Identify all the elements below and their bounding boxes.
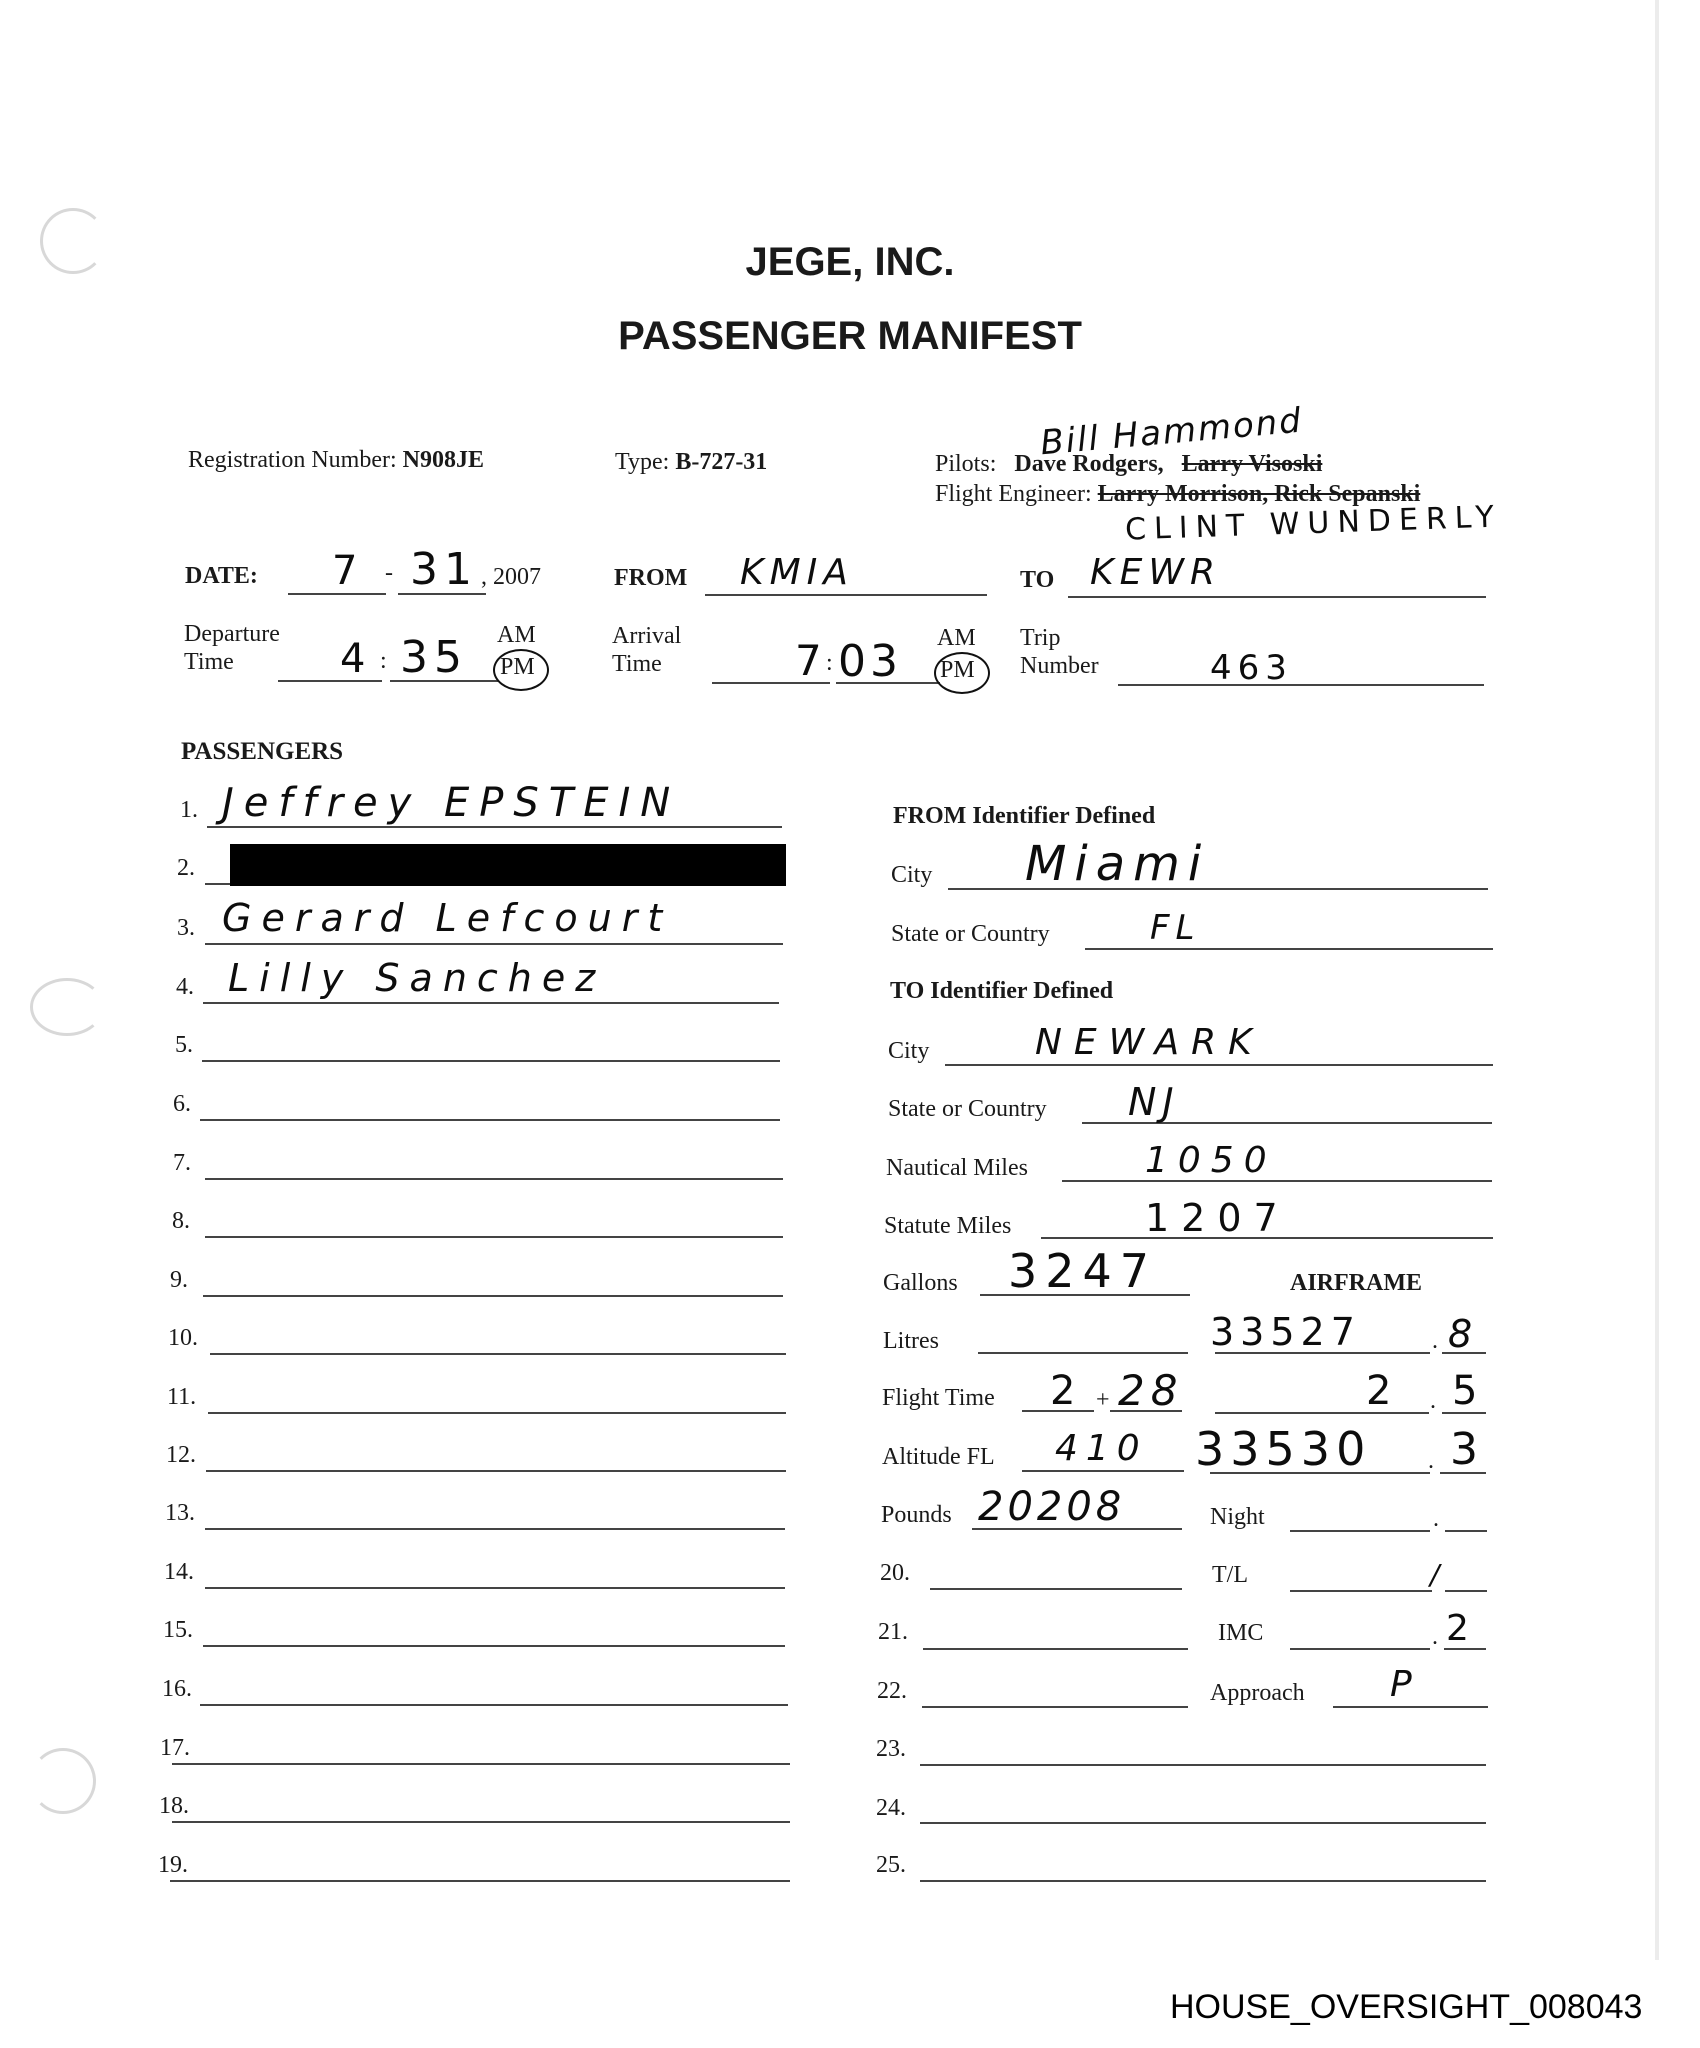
passenger-line: [207, 826, 782, 828]
passenger-line[interactable]: [920, 1764, 1486, 1766]
passenger-number: 14.: [164, 1559, 194, 1586]
decimal-point: .: [1430, 1388, 1436, 1415]
night-decimal-line[interactable]: [1445, 1530, 1487, 1532]
punch-hole-middle: [30, 978, 104, 1036]
airframe-heading: AIRFRAME: [1290, 1270, 1422, 1297]
passenger-number: 7.: [173, 1150, 191, 1177]
from-state-value[interactable]: FL: [1150, 908, 1201, 948]
passenger-number: 6.: [173, 1091, 191, 1118]
from-line: [705, 594, 987, 596]
nautical-miles-line: [1062, 1180, 1492, 1182]
litres-label: Litres: [883, 1328, 939, 1355]
to-city-label: City: [888, 1038, 929, 1065]
date-month[interactable]: 7: [332, 548, 363, 594]
approach-line: [1333, 1706, 1488, 1708]
departure-am-option[interactable]: AM: [497, 622, 536, 649]
passenger-number: 5.: [175, 1032, 193, 1059]
departure-colon: :: [380, 648, 387, 675]
passenger-line[interactable]: [208, 1412, 786, 1414]
imc-decimal[interactable]: 2: [1446, 1608, 1475, 1649]
imc-whole-line[interactable]: [1290, 1648, 1430, 1650]
passenger-number: 15.: [163, 1617, 193, 1644]
pilots-struck: Larry Visoski: [1182, 451, 1323, 477]
arrival-time-label: ArrivalTime: [612, 622, 681, 678]
litres-line[interactable]: [978, 1352, 1188, 1354]
passenger-number: 2.: [177, 855, 195, 882]
redaction-block: [230, 844, 786, 886]
pounds-label: Pounds: [881, 1502, 952, 1529]
to-line: [1068, 596, 1486, 598]
passenger-line[interactable]: [172, 1821, 790, 1823]
tl-value[interactable]: /: [1430, 1558, 1445, 1591]
imc-label: IMC: [1218, 1620, 1263, 1647]
altitude-line: [1022, 1470, 1184, 1472]
passenger-line[interactable]: [930, 1588, 1182, 1590]
passenger-line[interactable]: [202, 1060, 780, 1062]
passenger-number: 23.: [876, 1736, 906, 1763]
date-label: DATE:: [185, 563, 258, 590]
nautical-miles-value[interactable]: 1050: [1145, 1140, 1277, 1181]
type-label: Type: B-727-31: [615, 449, 767, 476]
passenger-number: 11.: [167, 1384, 196, 1411]
pilots-label: Pilots: Dave Rodgers, Larry Visoski: [935, 451, 1322, 478]
decimal-point: .: [1433, 1506, 1439, 1533]
arrival-am-option[interactable]: AM: [937, 625, 976, 652]
nautical-miles-label: Nautical Miles: [886, 1155, 1028, 1182]
passenger-line[interactable]: [206, 1470, 786, 1472]
arrival-minute[interactable]: 03: [838, 636, 902, 687]
passenger-line[interactable]: [922, 1706, 1188, 1708]
passenger-number: 4.: [176, 974, 194, 1001]
tl-line: [1290, 1590, 1432, 1592]
passenger-line[interactable]: [205, 1178, 783, 1180]
tl-label: T/L: [1212, 1562, 1248, 1589]
to-label: TO: [1020, 567, 1054, 594]
pilots-printed: Dave Rodgers,: [1014, 451, 1163, 477]
altitude-value[interactable]: 410: [1055, 1428, 1148, 1469]
from-city-value[interactable]: Miami: [1025, 836, 1209, 892]
registration-value: N908JE: [403, 447, 484, 473]
from-identifier-heading: FROM Identifier Defined: [893, 803, 1155, 830]
passenger-number: 25.: [876, 1852, 906, 1879]
approach-value[interactable]: P: [1390, 1664, 1418, 1705]
flight-time-label: Flight Time: [882, 1385, 995, 1412]
from-state-line: [1085, 948, 1493, 950]
departure-time-label: DepartureTime: [184, 620, 280, 676]
passenger-name[interactable]: Jeffrey EPSTEIN: [222, 780, 680, 826]
passenger-line[interactable]: [205, 1528, 785, 1530]
company-name: JEGE, INC.: [0, 240, 1700, 285]
passenger-line[interactable]: [203, 1295, 783, 1297]
night-label: Night: [1210, 1504, 1265, 1531]
altitude-label: Altitude FL: [882, 1444, 995, 1471]
to-value[interactable]: KEWR: [1090, 552, 1221, 593]
passenger-number: 9.: [170, 1267, 188, 1294]
passenger-number: 18.: [159, 1793, 189, 1820]
passenger-line[interactable]: [205, 1587, 785, 1589]
gallons-value[interactable]: 3247: [1008, 1244, 1157, 1298]
passenger-number: 16.: [162, 1676, 192, 1703]
trip-number-line: [1118, 684, 1484, 686]
trip-number-value[interactable]: 463: [1210, 648, 1293, 688]
passenger-line: [205, 943, 783, 945]
passengers-heading: PASSENGERS: [181, 738, 343, 766]
date-day[interactable]: 31: [410, 544, 478, 595]
decimal-point: .: [1428, 1448, 1434, 1475]
date-separator: -: [385, 560, 393, 587]
airframe-total-1-decimal[interactable]: 8: [1448, 1312, 1478, 1356]
to-city-value[interactable]: NEWARK: [1035, 1022, 1264, 1063]
passenger-number: 12.: [166, 1442, 196, 1469]
passenger-line[interactable]: [205, 1236, 783, 1238]
statute-miles-value[interactable]: 1207: [1145, 1196, 1290, 1240]
passenger-line[interactable]: [920, 1822, 1486, 1824]
from-city-label: City: [891, 862, 932, 889]
airframe-flight-whole[interactable]: 2: [1366, 1368, 1397, 1414]
from-state-label: State or Country: [891, 921, 1050, 948]
night-whole-line[interactable]: [1290, 1530, 1430, 1532]
passenger-number: 10.: [168, 1325, 198, 1352]
statute-miles-label: Statute Miles: [884, 1213, 1011, 1240]
passenger-line[interactable]: [203, 1645, 785, 1647]
arrival-colon: :: [826, 650, 833, 677]
decimal-point: .: [1432, 1328, 1438, 1355]
passenger-number: 21.: [878, 1619, 908, 1646]
passenger-number: 1.: [180, 797, 198, 824]
passenger-line[interactable]: [920, 1880, 1486, 1882]
tl-decimal-line[interactable]: [1445, 1590, 1487, 1592]
gallons-label: Gallons: [883, 1270, 958, 1297]
flight-time-hours[interactable]: 2: [1050, 1368, 1081, 1414]
passenger-number: 8.: [172, 1208, 190, 1235]
to-city-line: [945, 1064, 1493, 1066]
pounds-value[interactable]: 20208: [978, 1484, 1125, 1530]
to-state-value[interactable]: NJ: [1128, 1080, 1180, 1124]
passenger-number: 19.: [158, 1852, 188, 1879]
trip-number-label: TripNumber: [1020, 624, 1099, 680]
departure-minute[interactable]: 35: [400, 632, 468, 683]
passenger-number: 24.: [876, 1795, 906, 1822]
flight-time-minutes[interactable]: 28: [1118, 1366, 1183, 1415]
from-label: FROM: [614, 565, 687, 592]
passenger-name[interactable]: Lilly Sanchez: [228, 956, 605, 1000]
flight-time-plus: +: [1096, 1387, 1110, 1414]
registration-label: Registration Number: N908JE: [188, 447, 484, 474]
passenger-name[interactable]: Gerard Lefcourt: [222, 896, 672, 940]
passenger-number: 17.: [160, 1735, 190, 1762]
airframe-total-2-decimal[interactable]: 3: [1450, 1424, 1484, 1475]
to-state-label: State or Country: [888, 1096, 1047, 1123]
type-value: B-727-31: [675, 449, 767, 475]
date-year: , 2007: [481, 564, 541, 591]
departure-hour[interactable]: 4: [340, 636, 371, 682]
page-title: PASSENGER MANIFEST: [0, 314, 1700, 359]
passenger-number: 22.: [877, 1678, 907, 1705]
passenger-line[interactable]: [210, 1353, 786, 1355]
passenger-line[interactable]: [923, 1648, 1188, 1650]
arrival-pm-selected-circle: [934, 652, 990, 694]
airframe-total-1[interactable]: 33527: [1210, 1310, 1361, 1354]
passenger-line[interactable]: [200, 1119, 780, 1121]
passenger-line[interactable]: [172, 1763, 790, 1765]
passenger-number: 13.: [165, 1500, 195, 1527]
passenger-line[interactable]: [200, 1704, 788, 1706]
arrival-hour[interactable]: 7: [795, 636, 828, 685]
decimal-point: .: [1432, 1624, 1438, 1651]
from-value[interactable]: KMIA: [740, 552, 854, 593]
passenger-number: 20.: [880, 1560, 910, 1587]
passenger-number: 3.: [177, 915, 195, 942]
airframe-flight-decimal[interactable]: 5: [1452, 1368, 1483, 1414]
airframe-total-2[interactable]: 33530: [1195, 1422, 1371, 1476]
departure-pm-selected-circle: [493, 649, 549, 691]
page-edge: [1655, 0, 1659, 1960]
passenger-line: [203, 1002, 779, 1004]
passenger-line[interactable]: [170, 1880, 790, 1882]
bates-number: HOUSE_OVERSIGHT_008043: [1170, 1988, 1642, 2027]
punch-hole-bottom: [30, 1748, 96, 1814]
to-identifier-heading: TO Identifier Defined: [890, 978, 1113, 1005]
approach-label: Approach: [1210, 1680, 1305, 1707]
